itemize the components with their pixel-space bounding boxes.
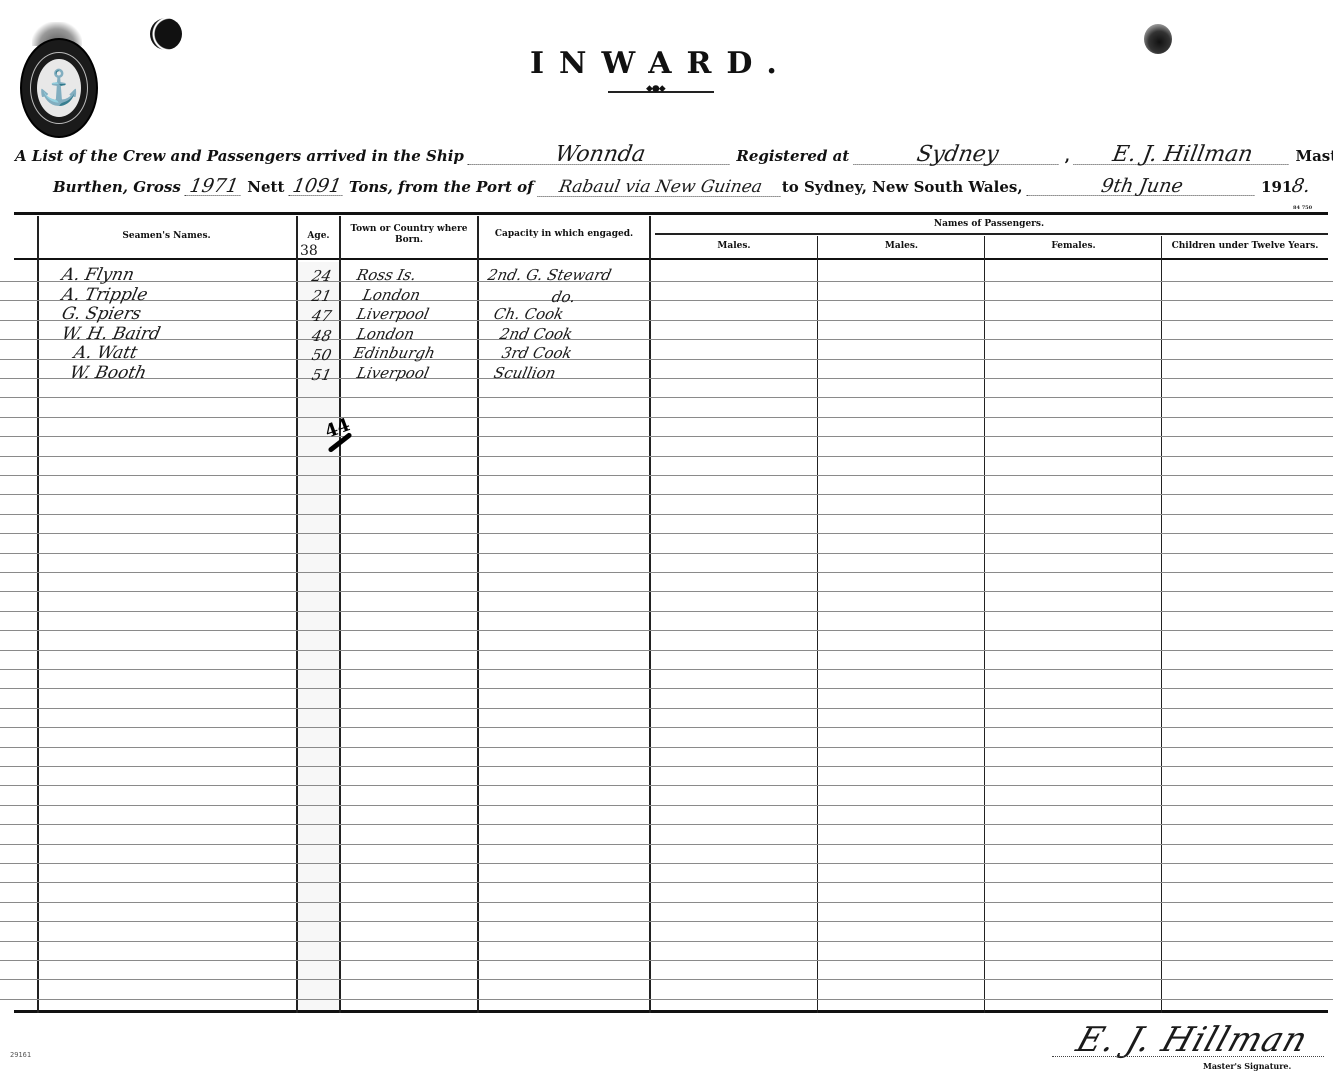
column-divider bbox=[339, 216, 341, 1013]
anchor-seal-icon: ⚓ bbox=[20, 38, 98, 138]
table-bottom-rule bbox=[14, 1010, 1328, 1013]
header-town-born: Town or Country where Born. bbox=[340, 224, 478, 246]
table-header-rule bbox=[14, 258, 1328, 260]
ruled-line bbox=[0, 882, 1333, 883]
column-divider bbox=[984, 236, 985, 1013]
header-males-2: Males. bbox=[818, 241, 985, 252]
seaman-birthplace: London bbox=[355, 325, 416, 344]
header-line-1: A List of the Crew and Passengers arrive… bbox=[15, 146, 1333, 165]
header-capacity: Capacity in which engaged. bbox=[478, 229, 650, 240]
ship-name-field: Wonnda bbox=[467, 146, 732, 165]
nett-tons-field: 1091 bbox=[288, 177, 345, 196]
punch-hole-right bbox=[1144, 24, 1172, 54]
seaman-age: 24 bbox=[310, 267, 333, 286]
ruled-line bbox=[0, 456, 1333, 457]
anchor-icon: ⚓ bbox=[37, 59, 81, 117]
comma-separator: , bbox=[1065, 147, 1070, 165]
ruled-line bbox=[0, 979, 1333, 980]
year-suffix-field: 8. bbox=[1291, 177, 1312, 195]
ruled-line bbox=[0, 669, 1333, 670]
seaman-name: W. H. Baird bbox=[60, 325, 162, 344]
ruled-line bbox=[0, 397, 1333, 398]
registered-port-field: Sydney bbox=[853, 146, 1061, 165]
seaman-age: 51 bbox=[310, 366, 333, 385]
ruled-line bbox=[0, 591, 1333, 592]
ruled-line bbox=[0, 300, 1333, 301]
ruled-line bbox=[0, 863, 1333, 864]
table-top-rule bbox=[14, 212, 1328, 215]
master-name-field: E. J. Hillman bbox=[1074, 146, 1292, 165]
seaman-age: 50 bbox=[310, 346, 333, 365]
ruled-line bbox=[0, 921, 1333, 922]
header-males-1: Males. bbox=[650, 241, 818, 252]
ruled-line bbox=[0, 824, 1333, 825]
registered-label: Registered at bbox=[736, 147, 849, 165]
seaman-birthplace: Ross Is. bbox=[355, 266, 418, 285]
ruled-line bbox=[0, 630, 1333, 631]
ruled-line bbox=[0, 378, 1333, 379]
seaman-birthplace: Edinburgh bbox=[352, 344, 437, 363]
age-annotation: 38 bbox=[300, 242, 318, 261]
ruled-line bbox=[0, 960, 1333, 961]
reference-number: 29161 bbox=[10, 1051, 31, 1059]
column-divider bbox=[649, 216, 651, 1013]
tons-from-port-label: Tons, from the Port of bbox=[349, 178, 534, 196]
ruled-line bbox=[0, 320, 1333, 321]
ruled-line bbox=[0, 611, 1333, 612]
ruled-line bbox=[0, 650, 1333, 651]
from-port-field: Rabaul via New Guinea bbox=[537, 178, 783, 197]
seaman-name: W. Booth bbox=[68, 364, 148, 383]
seaman-capacity: 3rd Cook bbox=[500, 344, 574, 363]
passengers-subheader-rule bbox=[655, 233, 1328, 235]
ruled-line bbox=[0, 941, 1333, 942]
ruled-line bbox=[0, 572, 1333, 573]
column-divider bbox=[817, 236, 818, 1013]
ruled-line bbox=[0, 999, 1333, 1000]
seaman-name: G. Spiers bbox=[60, 305, 143, 324]
ruled-line bbox=[0, 359, 1333, 360]
ruled-line bbox=[0, 339, 1333, 340]
form-code: 84 750 bbox=[1293, 205, 1312, 211]
signature-label: Master's Signature. bbox=[1203, 1061, 1291, 1071]
ruled-line bbox=[0, 785, 1333, 786]
ruled-line bbox=[0, 514, 1333, 515]
header-line-2: Burthen, Gross 1971 Nett 1091 Tons, from… bbox=[53, 177, 1310, 197]
ruled-line bbox=[0, 844, 1333, 845]
seaman-age: 48 bbox=[310, 327, 333, 346]
master-signature: E. J. Hillman bbox=[1072, 1020, 1314, 1060]
ruled-line bbox=[0, 533, 1333, 534]
title-ornament-divider bbox=[608, 91, 714, 93]
ruled-line bbox=[0, 281, 1333, 282]
ruled-line bbox=[0, 688, 1333, 689]
header-females: Females. bbox=[985, 241, 1162, 252]
ruled-line bbox=[0, 475, 1333, 476]
to-sydney-label: to Sydney, New South Wales, bbox=[782, 178, 1023, 196]
punch-hole-left bbox=[150, 18, 182, 50]
ruled-line bbox=[0, 727, 1333, 728]
master-label: Master, bbox=[1295, 147, 1333, 165]
seaman-birthplace: Liverpool bbox=[355, 305, 431, 324]
ruled-line bbox=[0, 494, 1333, 495]
ruled-line bbox=[0, 902, 1333, 903]
ruled-line bbox=[0, 747, 1333, 748]
nett-label: Nett bbox=[247, 178, 284, 196]
seaman-name: A. Flynn bbox=[60, 266, 136, 285]
year-prefix: 191 bbox=[1261, 178, 1292, 196]
date-field: 9th June bbox=[1026, 177, 1257, 196]
seaman-capacity: Scullion bbox=[492, 364, 557, 383]
ruled-line bbox=[0, 766, 1333, 767]
header-children: Children under Twelve Years. bbox=[1162, 241, 1328, 252]
ruled-line bbox=[0, 417, 1333, 418]
document-title: INWARD. bbox=[530, 46, 792, 81]
seaman-capacity: 2nd. G. Steward bbox=[486, 266, 613, 285]
gross-tons-field: 1971 bbox=[184, 177, 243, 196]
column-divider bbox=[37, 216, 39, 1013]
seaman-capacity: Ch. Cook bbox=[492, 305, 565, 324]
ruled-line bbox=[0, 708, 1333, 709]
seaman-capacity: 2nd Cook bbox=[498, 325, 574, 344]
seaman-birthplace: London bbox=[361, 286, 422, 305]
seaman-age: 47 bbox=[310, 307, 333, 326]
header-seamens-names: Seamen's Names. bbox=[37, 231, 296, 242]
ruled-line bbox=[0, 805, 1333, 806]
column-divider bbox=[296, 216, 298, 1013]
ruled-line bbox=[0, 436, 1333, 437]
seaman-name: A. Tripple bbox=[60, 286, 149, 305]
column-divider bbox=[477, 216, 479, 1013]
crew-list-label: A List of the Crew and Passengers arrive… bbox=[15, 147, 464, 165]
ruled-line bbox=[0, 553, 1333, 554]
signature-line bbox=[1052, 1056, 1324, 1057]
seaman-birthplace: Liverpool bbox=[355, 364, 431, 383]
burthen-gross-label: Burthen, Gross bbox=[53, 178, 181, 196]
seaman-age: 21 bbox=[310, 287, 333, 306]
column-divider bbox=[1161, 236, 1162, 1013]
header-names-of-passengers: Names of Passengers. bbox=[650, 219, 1328, 230]
seaman-name: A. Watt bbox=[72, 344, 139, 363]
header-age: Age. bbox=[297, 231, 340, 242]
